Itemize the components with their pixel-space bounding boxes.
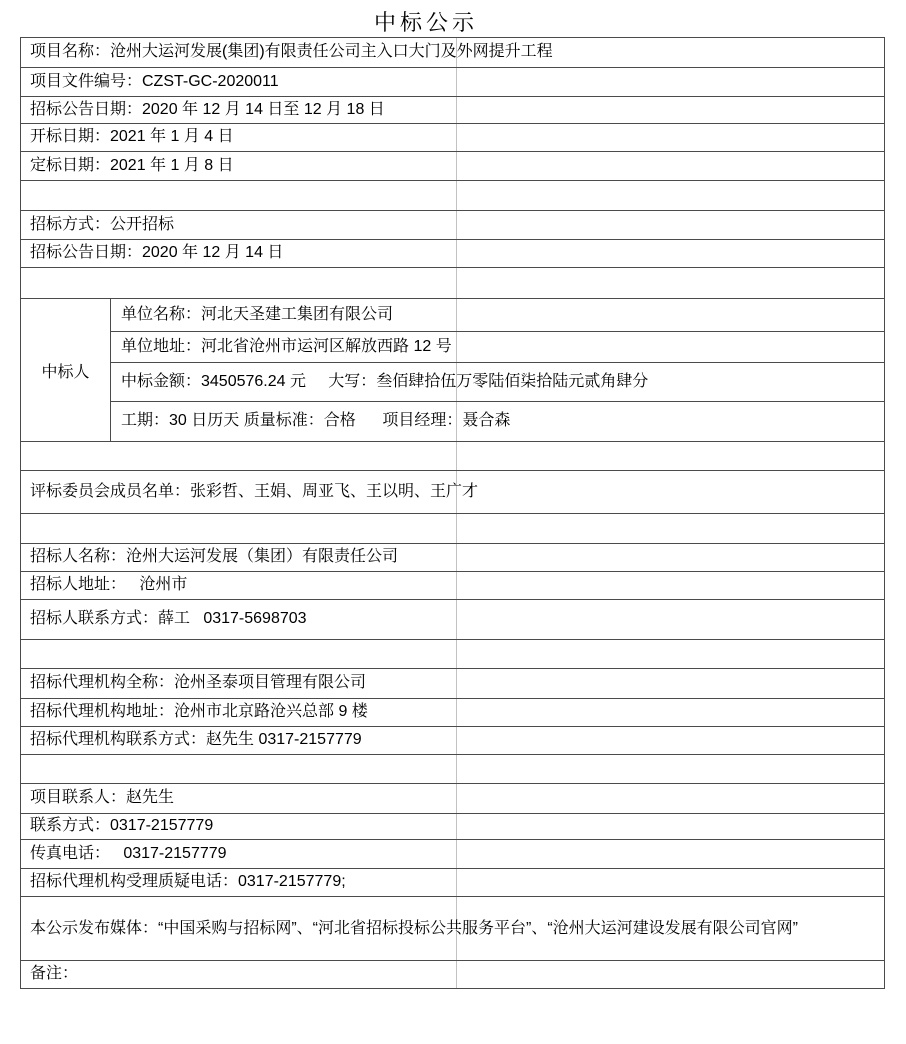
bid-announcement-table: 项目名称：沧州大运河发展(集团)有限责任公司主入口大门及外网提升工程 项目文件编… — [20, 37, 885, 989]
row-bid-award-date: 定标日期：2021 年 1 月 8 日 — [21, 151, 884, 180]
row-tender-announcement-date: 招标公告日期：2020 年 12 月 14 日 — [21, 239, 884, 267]
row-bid-opening-date: 开标日期：2021 年 1 月 4 日 — [21, 123, 884, 151]
row-agency-name: 招标代理机构全称：沧州圣泰项目管理有限公司 — [21, 668, 884, 698]
winner-detail-rows: 单位名称：河北天圣建工集团有限公司 单位地址：河北省沧州市运河区解放西路 12 … — [111, 299, 884, 441]
row-project-contact-person: 项目联系人：赵先生 — [21, 783, 884, 813]
row-tenderer-address: 招标人地址： 沧州市 — [21, 571, 884, 599]
row-tenderer-contact: 招标人联系方式：薛工 0317-5698703 — [21, 599, 884, 639]
document-page: 中标公示 项目名称：沧州大运河发展(集团)有限责任公司主入口大门及外网提升工程 … — [0, 0, 906, 1044]
winner-section-label: 中标人 — [21, 299, 111, 441]
page-title: 中标公示 — [0, 6, 852, 37]
row-project-name: 项目名称：沧州大运河发展(集团)有限责任公司主入口大门及外网提升工程 — [21, 38, 884, 67]
row-empty-6 — [21, 754, 884, 783]
row-project-file-number: 项目文件编号：CZST-GC-2020011 — [21, 67, 884, 96]
row-empty-1 — [21, 180, 884, 210]
row-empty-4 — [21, 513, 884, 543]
row-winner-company-name: 单位名称：河北天圣建工集团有限公司 — [111, 299, 884, 331]
row-agency-contact: 招标代理机构联系方式：赵先生 0317-2157779 — [21, 726, 884, 754]
row-tender-method: 招标方式：公开招标 — [21, 210, 884, 239]
row-winner-duration-quality-manager: 工期：30 日历天 质量标准：合格 项目经理：聂合森 — [111, 401, 884, 441]
row-fax-number: 传真电话： 0317-2157779 — [21, 839, 884, 868]
winner-section: 中标人 单位名称：河北天圣建工集团有限公司 单位地址：河北省沧州市运河区解放西路… — [21, 298, 884, 441]
row-empty-3 — [21, 441, 884, 470]
row-winner-company-address: 单位地址：河北省沧州市运河区解放西路 12 号 — [111, 331, 884, 362]
row-winner-bid-amount: 中标金额：3450576.24 元 大写：叁佰肆拾伍万零陆佰柒拾陆元贰角肆分 — [111, 362, 884, 401]
row-agency-inquiry-phone: 招标代理机构受理质疑电话：0317-2157779; — [21, 868, 884, 896]
row-remarks: 备注： — [21, 960, 884, 988]
row-evaluation-committee: 评标委员会成员名单：张彩哲、王娟、周亚飞、王以明、王广才 — [21, 470, 884, 513]
row-empty-5 — [21, 639, 884, 668]
row-tenderer-name: 招标人名称：沧州大运河发展（集团）有限责任公司 — [21, 543, 884, 571]
row-publish-media: 本公示发布媒体：“中国采购与招标网”、“河北省招标投标公共服务平台”、“沧州大运… — [21, 896, 884, 960]
row-contact-number: 联系方式：0317-2157779 — [21, 813, 884, 839]
row-agency-address: 招标代理机构地址：沧州市北京路沧兴总部 9 楼 — [21, 698, 884, 726]
row-tender-announcement-period: 招标公告日期：2020 年 12 月 14 日至 12 月 18 日 — [21, 96, 884, 123]
row-empty-2 — [21, 267, 884, 298]
